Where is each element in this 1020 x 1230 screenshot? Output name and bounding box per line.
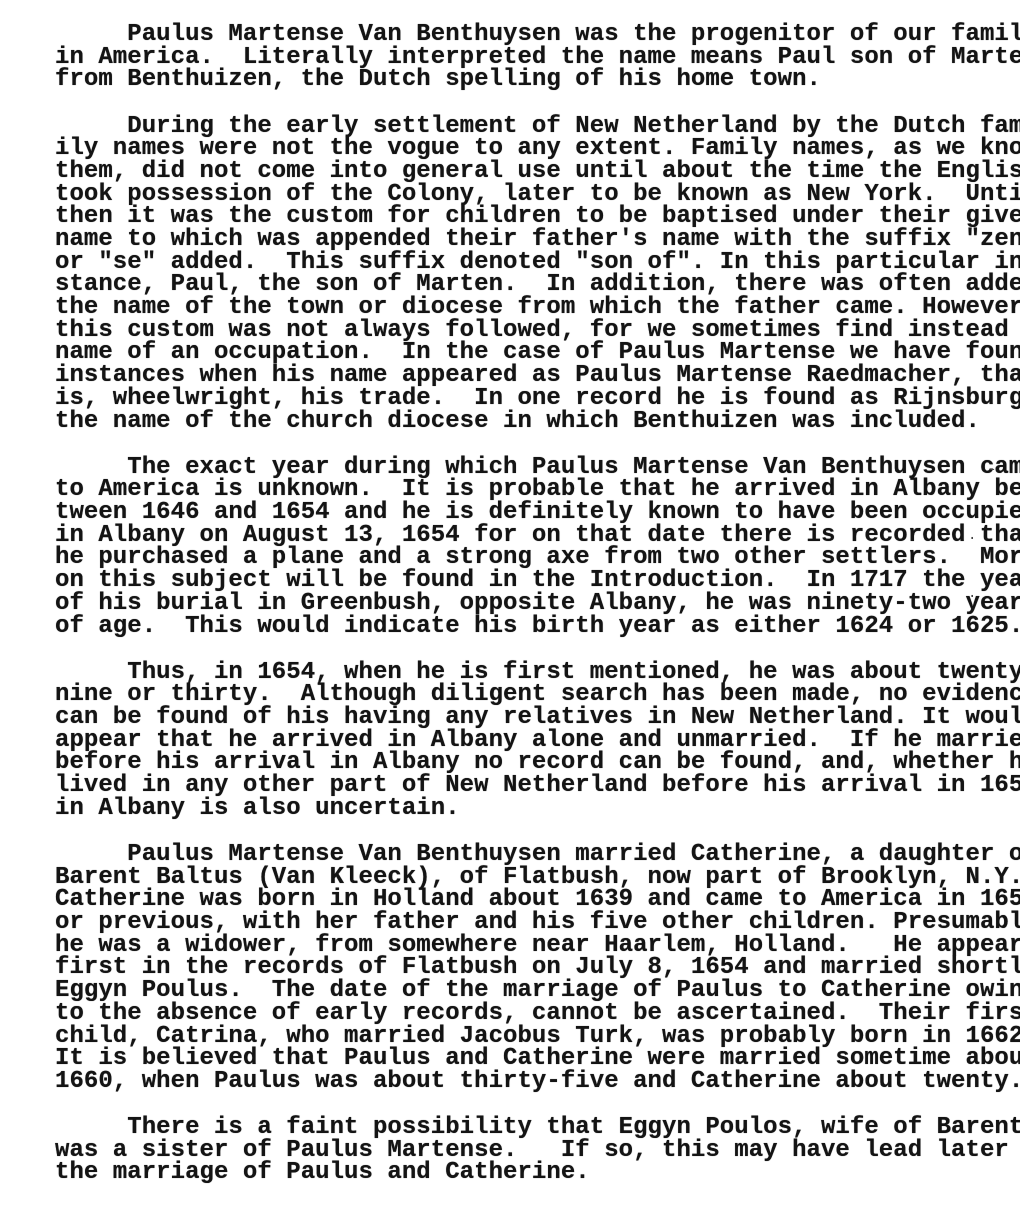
paragraph-arrival-year: The exact year during which Paulus Marte…	[55, 457, 995, 639]
text-line: of age. This would indicate his birth ye…	[55, 616, 995, 639]
text-line: in Albany is also uncertain.	[55, 798, 995, 821]
text-line: from Benthuizen, the Dutch spelling of h…	[55, 69, 995, 92]
paragraph-progenitor: Paulus Martense Van Benthuysen was the p…	[55, 24, 995, 92]
stray-mark: -	[988, 462, 996, 478]
text-line: the name of the church diocese in which …	[55, 411, 995, 434]
stray-mark: .	[968, 586, 976, 602]
paragraph-possibility: There is a faint possibility that Eggyn …	[55, 1117, 995, 1185]
typewritten-page: Paulus Martense Van Benthuysen was the p…	[55, 24, 995, 1209]
paragraph-family-names: During the early settlement of New Nethe…	[55, 116, 995, 434]
text-line: the marriage of Paulus and Catherine.	[55, 1162, 995, 1185]
paragraph-first-mention: Thus, in 1654, when he is first mentione…	[55, 662, 995, 821]
stray-mark: .	[968, 528, 976, 544]
text-line: 1660, when Paulus was about thirty-five …	[55, 1071, 995, 1094]
paragraph-marriage: Paulus Martense Van Benthuysen married C…	[55, 844, 995, 1094]
